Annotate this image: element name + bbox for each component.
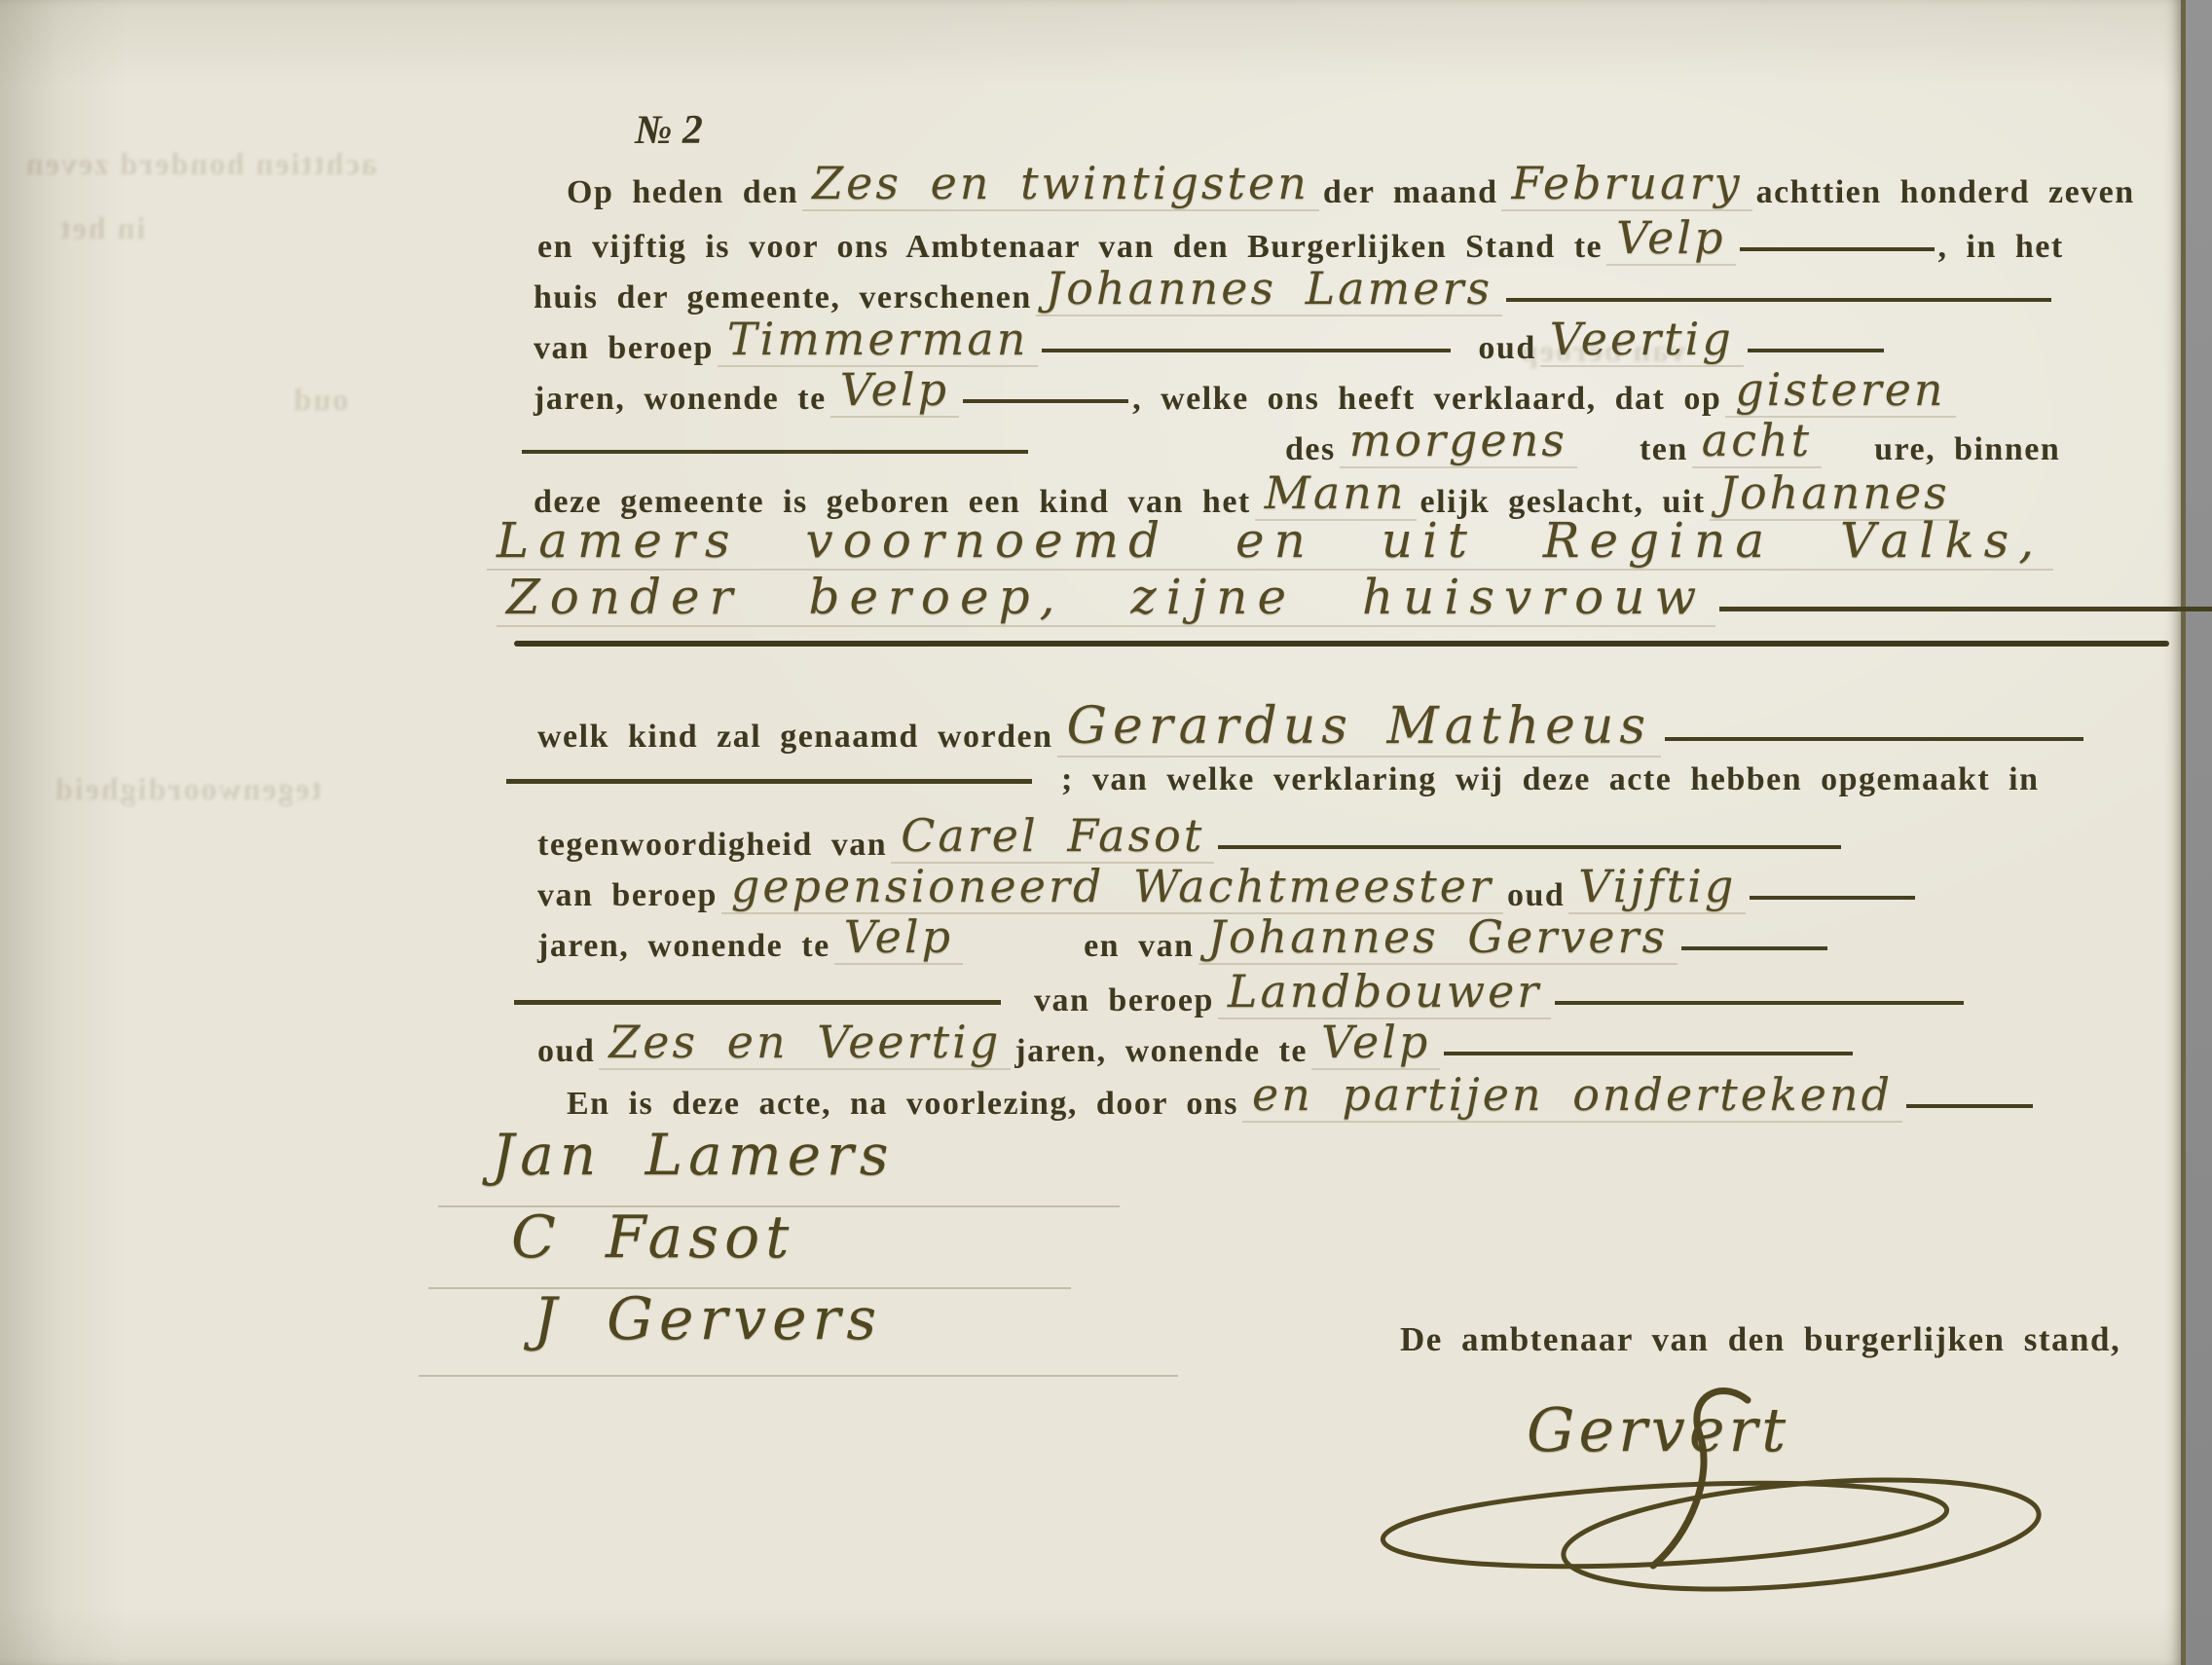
printed-text: jaren, wonende te <box>537 928 830 964</box>
entry-declarant-age: Veertig <box>1540 313 1744 367</box>
entry-witness2-residence: Velp <box>1311 1016 1440 1070</box>
entry-time-of-day: morgens <box>1340 414 1577 468</box>
entry-declarant-occupation: Timmerman <box>718 313 1039 367</box>
blank-rule <box>1906 1100 2033 1108</box>
entry-parents: Lamers voornoemd en uit Regina Valks, <box>487 512 2053 571</box>
officiant-title: De ambtenaar van den burgerlijken stand, <box>1400 1320 2120 1359</box>
act-number: № 2 <box>635 107 703 154</box>
printed-text: ure, binnen <box>1874 431 2060 467</box>
printed-text: oud <box>537 1033 595 1069</box>
separator-rule <box>514 641 2169 647</box>
printed-text: achttien honderd zeven <box>1756 174 2135 210</box>
entry-witness1-occupation: gepensioneerd Wachtmeester <box>721 860 1503 914</box>
entry-month: February <box>1501 157 1751 211</box>
blank-rule <box>1042 345 1451 352</box>
line-declaration: ; van welke verklaring wij deze acte heb… <box>506 759 2040 801</box>
scanned-document: achttien honderd zeven in het oud van be… <box>0 0 2212 1665</box>
printed-text: jaren, wonende te <box>534 381 827 417</box>
printed-text: , in het <box>1938 229 2064 265</box>
printed-text: van beroep <box>534 330 714 366</box>
printed-text: huis der gemeente, verschenen <box>534 279 1032 315</box>
blank-rule <box>1750 892 1915 900</box>
entry-closing: en partijen ondertekend <box>1242 1068 1902 1123</box>
entry-mother-occupation: Zonder beroep, zijne huisvrouw <box>497 569 1715 627</box>
printed-text: Op heden den <box>567 174 798 210</box>
entry-witness1-age: Vijftig <box>1568 860 1746 914</box>
line-date: Op heden den Zes en twintigsten der maan… <box>567 160 2135 216</box>
blank-rule <box>1555 997 1964 1005</box>
entry-declarant-name: Johannes Lamers <box>1036 262 1502 316</box>
printed-text: En is deze acte, na voorlezing, door ons <box>567 1086 1238 1122</box>
bleed-through-text: oud <box>292 382 349 418</box>
entry-witness2-age: Zes en Veertig <box>599 1016 1011 1070</box>
blank-rule <box>1681 943 1827 950</box>
entry-declarant-residence: Velp <box>830 363 959 418</box>
printed-text: en vijftig is voor ons Ambtenaar van den… <box>537 229 1603 265</box>
entry-birth-day: gisteren <box>1725 363 1955 418</box>
signature-declarant: Jan Lamers <box>492 1122 895 1188</box>
signature-guide-line <box>419 1375 1178 1377</box>
line-declarant-occupation: van beroep Timmerman oud Timmerman Veert… <box>534 315 1884 372</box>
line-witness2: jaren, wonende te Velp en van Johannes G… <box>537 913 1827 970</box>
blank-rule <box>506 775 1032 784</box>
printed-text: ten <box>1640 431 1688 467</box>
blank-rule <box>1748 345 1884 352</box>
officiant-signature-name: Gervert <box>1527 1394 1789 1465</box>
blank-rule <box>963 395 1128 403</box>
printed-text: jaren, wonende te <box>1014 1033 1308 1069</box>
line-birth-time: des morgens ten acht ure, binnen <box>522 417 2060 473</box>
line-mother-occupation: Zonder beroep, zijne huisvrouw <box>497 571 2212 632</box>
printed-text: en van <box>1084 928 1194 964</box>
bleed-through-text: tegenwoordigheid <box>54 771 322 807</box>
printed-text: tegenwoordigheid van <box>537 827 887 863</box>
printed-text: der maand <box>1323 174 1498 210</box>
signature-witness1: C Fasot <box>511 1203 794 1272</box>
blank-rule <box>522 446 1028 454</box>
printed-text: van beroep <box>1034 982 1214 1018</box>
entry-witness1-residence: Velp <box>834 910 963 965</box>
printed-text: , welke ons heeft verklaard, dat op <box>1132 381 1721 417</box>
blank-rule <box>1218 841 1841 849</box>
blank-rule <box>1444 1048 1853 1055</box>
entry-municipality: Velp <box>1606 211 1735 266</box>
printed-text: oud <box>1507 877 1565 913</box>
blank-rule <box>1506 294 2051 302</box>
blank-rule <box>1740 243 1935 251</box>
blank-rule <box>514 996 1001 1005</box>
printed-text: van beroep <box>537 877 718 913</box>
entry-child-name: Gerardus Matheus <box>1057 697 1662 758</box>
line-parents: Lamers voornoemd en uit Regina Valks, <box>487 514 2053 575</box>
printed-text: des <box>1285 431 1336 467</box>
entry-witness1-name: Carel Fasot <box>891 809 1214 864</box>
entry-day: Zes en twintigsten <box>802 157 1319 211</box>
birth-certificate-page: achttien honderd zeven in het oud van be… <box>0 0 2186 1665</box>
line-child-name: welk kind zal genaamd worden Gerardus Ma… <box>537 699 2083 762</box>
printed-text: oud <box>1478 330 1535 366</box>
printed-text: welk kind zal genaamd worden <box>537 719 1053 755</box>
printed-text: ; van welke verklaring wij deze acte heb… <box>1061 761 2040 797</box>
blank-rule <box>1719 603 2212 611</box>
line-witness2-age: oud Zes en Veertig jaren, wonende te Vel… <box>537 1018 1853 1075</box>
signature-witness2: J Gervers <box>534 1285 882 1353</box>
bleed-through-text: in het <box>58 210 145 246</box>
blank-rule <box>1665 733 2083 741</box>
entry-witness2-name: Johannes Gervers <box>1198 910 1678 965</box>
entry-hour: acht <box>1692 414 1822 468</box>
line-closing: En is deze acte, na voorlezing, door ons… <box>567 1071 2033 1128</box>
bleed-through-text: achttien honderd zeven <box>24 146 377 182</box>
entry-witness2-occupation: Landbouwer <box>1218 965 1551 1019</box>
